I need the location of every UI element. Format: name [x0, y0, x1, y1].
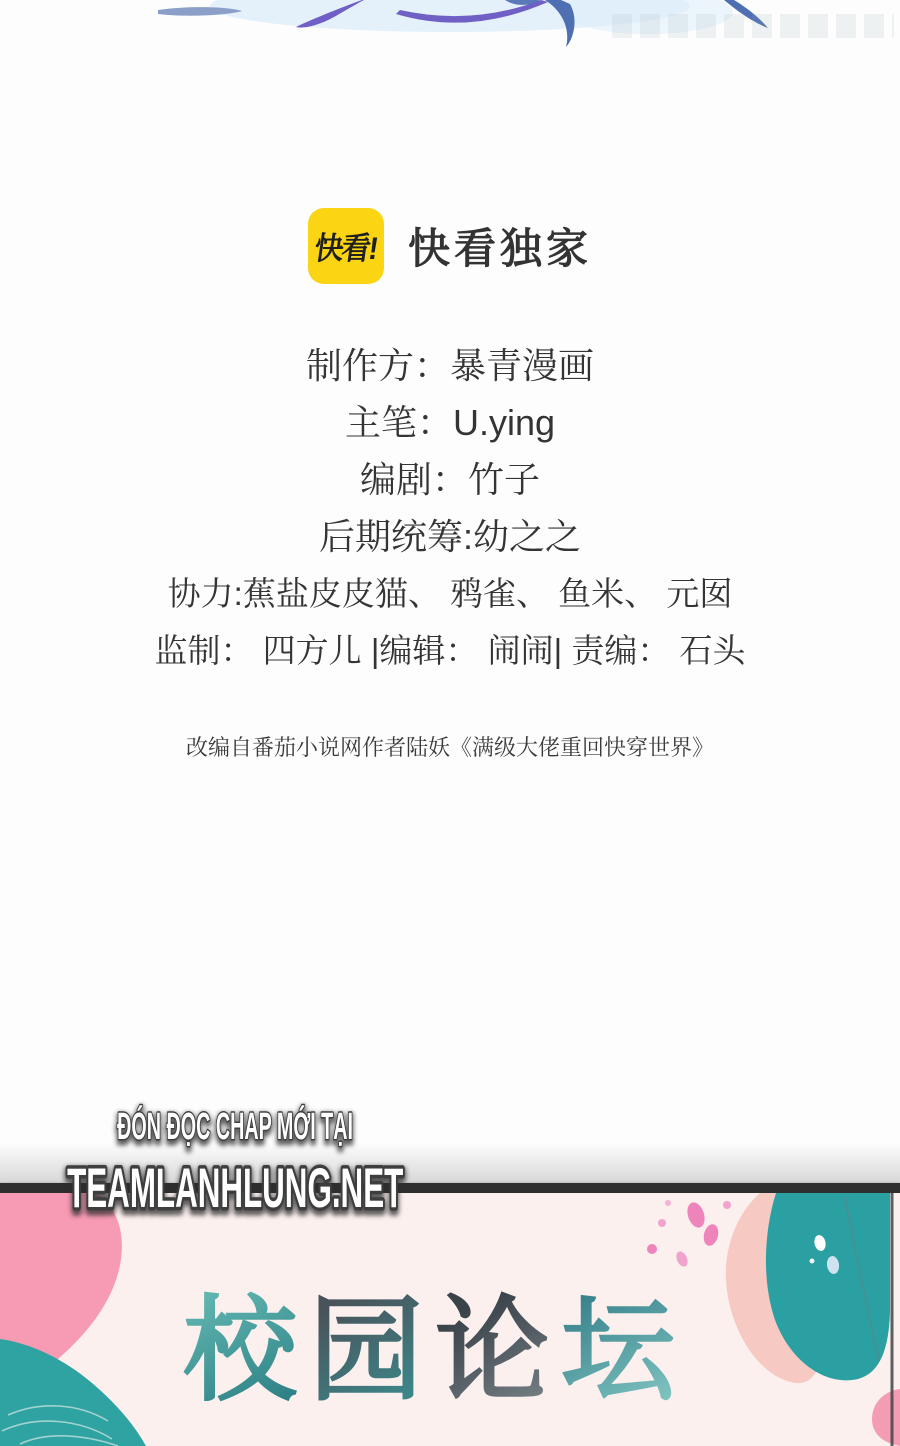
adaptation-note: 改编自番茄小说网作者陆妖《满级大佬重回快穿世界》: [0, 731, 900, 762]
forum-title-char: 坛: [561, 1289, 687, 1414]
forum-title-char: 校: [183, 1289, 309, 1414]
credit-line-lead-artist: 主笔：U.ying: [0, 394, 900, 451]
faint-watermark: [612, 14, 894, 38]
manhua-credits-page: 快看! 快看独家 制作方：暴青漫画 主笔：U.ying 编剧：竹子 后期统筹:幼…: [0, 0, 900, 1446]
campus-forum-title: 校园论坛: [183, 1289, 687, 1414]
credit-line-screenwriter: 编剧：竹子: [0, 451, 900, 508]
right-edge-line: [891, 1193, 894, 1446]
forum-title-char: 园: [309, 1289, 435, 1414]
credit-line-post-coordinator: 后期统筹:幼之之: [0, 508, 900, 565]
credits-block: 制作方：暴青漫画 主笔：U.ying 编剧：竹子 后期统筹:幼之之 协力:蕉盐皮…: [0, 337, 900, 762]
small-droplet-shape: [810, 1259, 815, 1264]
cutoff-title-art: [0, 0, 900, 64]
kuaikan-logo-icon: 快看!: [308, 208, 384, 284]
bottom-right-pink-blob-shape: [872, 1389, 900, 1446]
forum-title-char: 论: [435, 1289, 561, 1414]
credit-line-supervisor-editors: 监制： 四方儿 |编辑： 闹闹| 责编： 石头: [0, 622, 900, 679]
publisher-brand-row: 快看! 快看独家: [0, 208, 900, 284]
publisher-exclusive-label: 快看独家: [408, 216, 592, 276]
credit-line-producer: 制作方：暴青漫画: [0, 337, 900, 394]
left-teal-corner-shape: [0, 1339, 146, 1446]
credit-line-assistants: 协力:蕉盐皮皮猫、 鸦雀、 鱼米、 元囡: [0, 565, 900, 622]
banner-read-new-chap-text: ĐÓN ĐỌC CHAP MỚI TẠI: [117, 1105, 353, 1148]
translator-banner: ĐÓN ĐỌC CHAP MỚI TẠI TEAMLANHLUNG.NET ĐÓ…: [0, 1090, 470, 1240]
kuaikan-logo-text: 快看!: [312, 224, 380, 268]
banner-site-url-text: TEAMLANHLUNG.NET: [67, 1157, 403, 1220]
